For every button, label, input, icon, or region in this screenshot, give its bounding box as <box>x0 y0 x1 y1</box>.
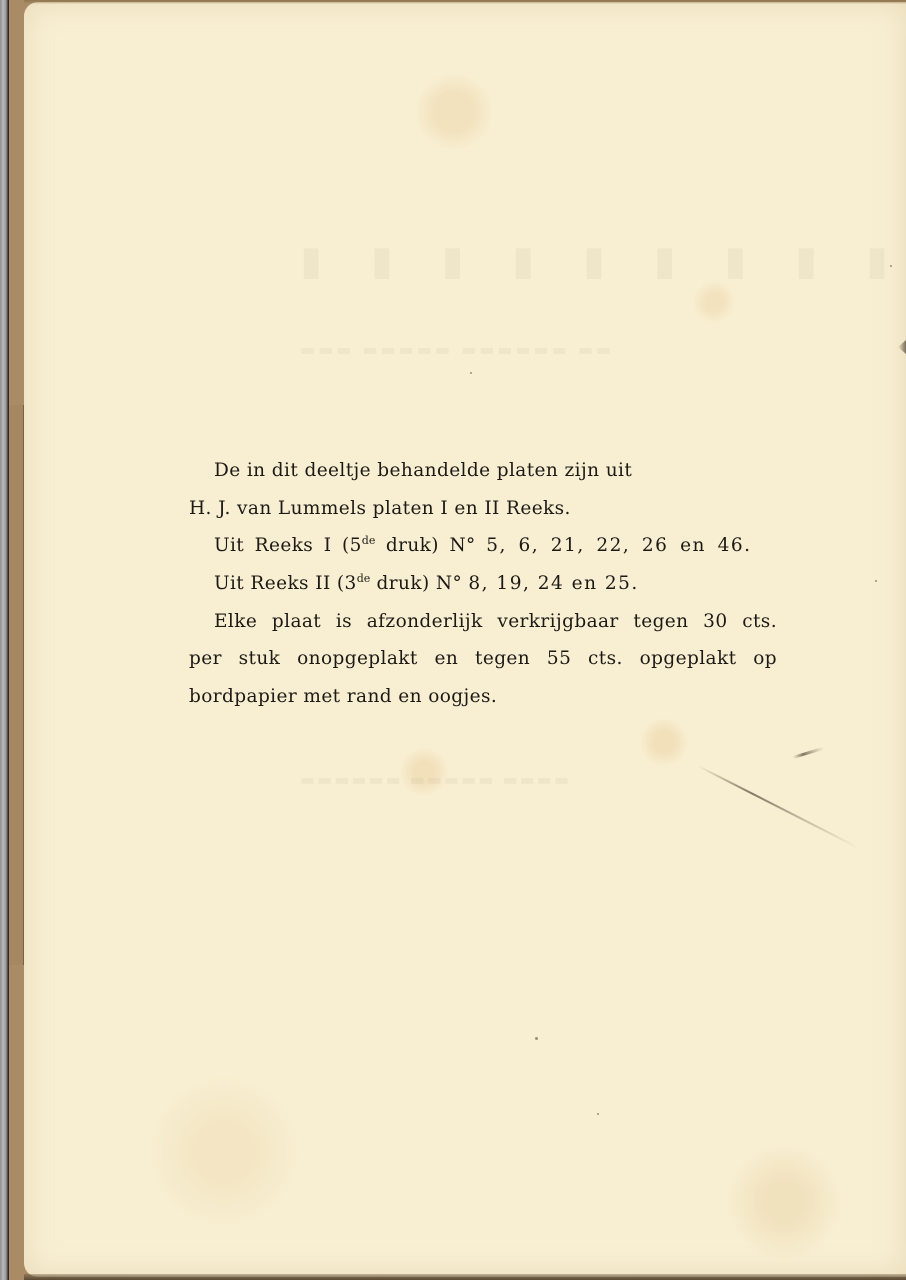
paragraph-1-line-2: H. J. van Lummels platen I en II Reeks. <box>189 490 777 528</box>
paragraph-4-line-2: per stuk onopgeplakt en tegen 55 cts. op… <box>189 640 777 678</box>
series-ii-line: Uit Reeks II (3de druk) N° 8, 19, 24 en … <box>189 565 777 603</box>
ink-speck <box>535 1037 538 1040</box>
series-i-line: Uit Reeks I (5de druk) N° 5, 6, 21, 22, … <box>189 527 777 565</box>
ink-speck <box>597 1113 599 1115</box>
series-i-number-label: druk) N° <box>375 535 486 556</box>
bleed-through-subtitle: ▬▬▬ ▬▬▬▬▬ ▬▬▬▬▬▬ ▬▬ <box>300 340 614 359</box>
paragraph-4-line-1: Elke plaat is afzonderlijk verkrijgbaar … <box>189 603 777 641</box>
paragraph-4-line-3: bordpapier met rand en oogjes. <box>189 678 777 716</box>
scanner-edge <box>0 0 9 1280</box>
series-i-plates: 5, 6, 21, 22, 26 en 46. <box>486 535 751 556</box>
series-ii-edition-ordinal: de <box>357 572 371 585</box>
cover-board-edge <box>9 405 24 965</box>
bleed-through-title: ▮ ▮ ▮ ▮ ▮ ▮ ▮ ▮ ▮ <box>300 238 906 284</box>
ink-speck <box>470 372 472 374</box>
series-ii-prefix: Uit Reeks II (3 <box>214 573 357 594</box>
document-text: De in dit deeltje behandelde platen zijn… <box>189 452 777 716</box>
series-i-prefix: Uit Reeks I (5 <box>214 535 362 556</box>
series-ii-plates: 8, 19, 24 en 25. <box>468 573 638 594</box>
ink-speck <box>875 580 877 582</box>
ink-speck <box>890 265 892 267</box>
series-ii-number-label: druk) N° <box>370 573 468 594</box>
paragraph-1-line-1: De in dit deeltje behandelde platen zijn… <box>189 452 777 490</box>
series-i-edition-ordinal: de <box>362 534 376 547</box>
bleed-through-footer: ▬▬▬▬▬▬ ▬▬▬▬▬ ▬▬▬▬ <box>300 770 571 789</box>
page-top-edge <box>24 0 906 4</box>
page-bottom-edge <box>24 1274 906 1280</box>
